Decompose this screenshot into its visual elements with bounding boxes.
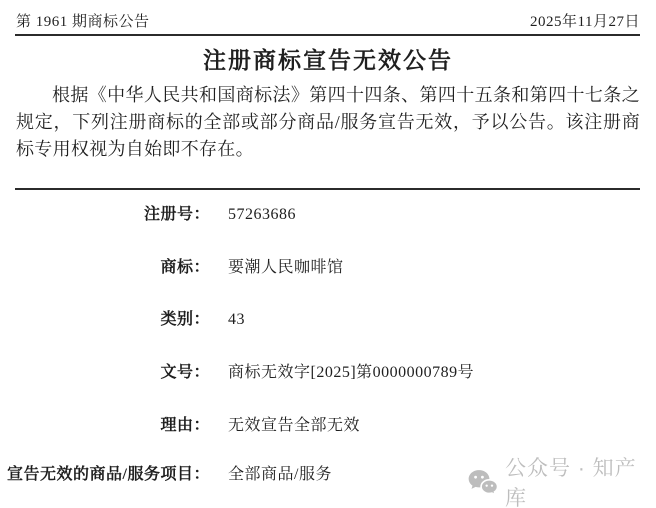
field-value: 无效宣告全部无效 <box>228 415 360 437</box>
intro-paragraph: 根据《中华人民共和国商标法》第四十四条、第四十五条和第四十七条之规定，下列注册商… <box>16 82 640 163</box>
field-label: 注册号： <box>0 204 210 226</box>
watermark-text: 公众号 · 知产库 <box>505 452 656 508</box>
issue-number: 第 1961 期商标公告 <box>16 10 150 31</box>
field-row-registration-number: 注册号： 57263686 <box>0 204 656 226</box>
page-header: 第 1961 期商标公告 2025年11月27日 <box>16 10 640 31</box>
page-title: 注册商标宣告无效公告 <box>0 42 656 75</box>
field-value: 全部商品/服务 <box>228 464 332 486</box>
field-label: 宣告无效的商品/服务项目： <box>0 464 210 486</box>
field-value: 商标无效字[2025]第0000000789号 <box>228 362 474 384</box>
publication-date: 2025年11月27日 <box>530 10 640 31</box>
header-divider <box>15 34 640 36</box>
field-row-trademark: 商标： 要潮人民咖啡馆 <box>0 257 656 279</box>
watermark: 公众号 · 知产库 <box>468 452 656 508</box>
section-divider <box>15 188 640 190</box>
field-label: 理由： <box>0 415 210 437</box>
field-row-reason: 理由： 无效宣告全部无效 <box>0 415 656 437</box>
wechat-icon <box>468 469 498 496</box>
trademark-announcement-page: 第 1961 期商标公告 2025年11月27日 注册商标宣告无效公告 根据《中… <box>0 0 656 508</box>
field-label: 文号： <box>0 362 210 384</box>
field-value: 43 <box>228 309 245 331</box>
field-value: 57263686 <box>228 204 296 226</box>
field-row-class: 类别： 43 <box>0 309 656 331</box>
field-label: 类别： <box>0 309 210 331</box>
field-value: 要潮人民咖啡馆 <box>228 257 344 279</box>
field-label: 商标： <box>0 257 210 279</box>
field-row-document-number: 文号： 商标无效字[2025]第0000000789号 <box>0 362 656 384</box>
